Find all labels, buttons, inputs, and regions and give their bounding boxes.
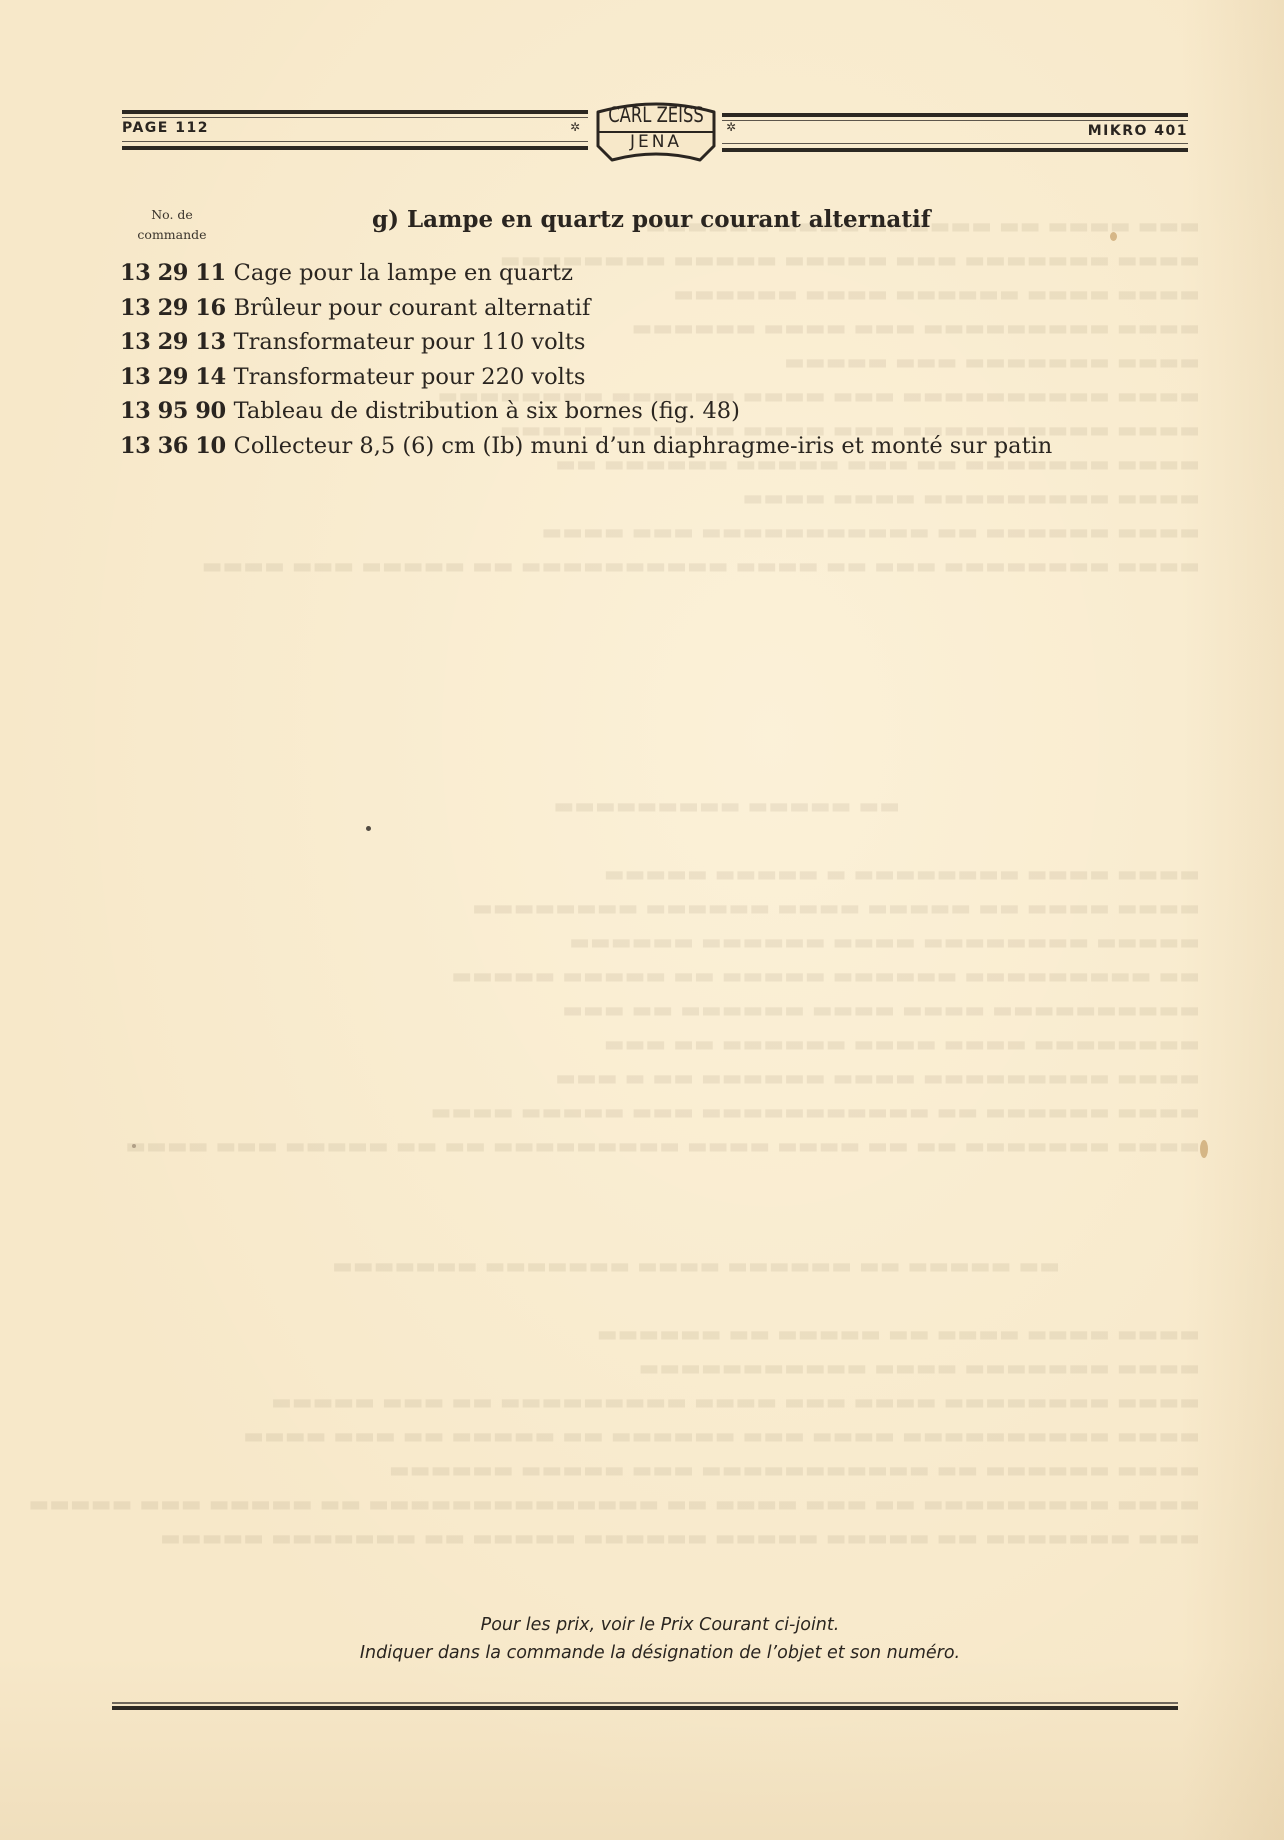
page-header: PAGE 112 MIKRO 401 ✲ ✲ CARL ZEISS JENA xyxy=(122,108,1188,158)
header-rule xyxy=(122,141,588,142)
catalog-item: 13 29 16Brûleur pour courant alternatif xyxy=(120,291,1052,326)
foxing-spot xyxy=(1200,1140,1208,1158)
header-rule xyxy=(722,143,1188,144)
header-rule xyxy=(722,120,1188,121)
item-description: Cage pour la lampe en quartz xyxy=(234,256,573,291)
order-number: 13 36 10 xyxy=(120,429,226,464)
item-description: Transformateur pour 220 volts xyxy=(234,360,586,395)
section-title: g) Lampe en quartz pour courant alternat… xyxy=(372,206,931,233)
column-header-line: commande xyxy=(124,225,220,245)
foxing-spot xyxy=(1110,232,1117,241)
section-code: MIKRO 401 xyxy=(1088,123,1188,139)
catalog-item: 13 29 11Cage pour la lampe en quartz xyxy=(120,256,1052,291)
item-description: Transformateur pour 110 volts xyxy=(234,325,586,360)
column-header-line: No. de xyxy=(124,205,220,225)
order-number: 13 29 14 xyxy=(120,360,226,395)
footer-rule xyxy=(112,1702,1178,1704)
item-description: Collecteur 8,5 (6) cm (Ib) muni d’un dia… xyxy=(234,429,1053,464)
ink-dot xyxy=(132,1144,136,1148)
page-number: PAGE 112 xyxy=(122,120,209,136)
catalog-item-list: 13 29 11Cage pour la lampe en quartz 13 … xyxy=(120,256,1052,463)
footer-price-note: Pour les prix, voir le Prix Courant ci-j… xyxy=(18,1611,1284,1639)
order-number-column-header: No. de commande xyxy=(124,205,220,245)
footer-order-note: Indiquer dans la commande la désignation… xyxy=(18,1639,1284,1667)
catalog-item: 13 95 90Tableau de distribution à six bo… xyxy=(120,394,1052,429)
order-number: 13 29 11 xyxy=(120,256,226,291)
header-rule xyxy=(722,113,1188,117)
header-rule xyxy=(122,117,588,118)
catalog-item: 13 29 13Transformateur pour 110 volts xyxy=(120,325,1052,360)
order-number: 13 95 90 xyxy=(120,394,226,429)
footer-rule xyxy=(112,1706,1178,1710)
item-description: Tableau de distribution à six bornes (fi… xyxy=(234,394,740,429)
logo-top-text: CARL ZEISS xyxy=(606,103,706,127)
star-ornament-icon: ✲ xyxy=(726,120,736,134)
item-description: Brûleur pour courant alternatif xyxy=(234,291,591,326)
header-rule xyxy=(122,146,588,150)
header-rule xyxy=(722,148,1188,152)
carl-zeiss-logo: CARL ZEISS JENA xyxy=(592,98,720,166)
bleed-through-text: ▬▬ ▬▬▬▬▬ ▬▬▬▬▬▬▬▬▬ ▬▬▬▬ ▬▬▬▬ ▬▬▬▬▬▬▬▬ ▬ … xyxy=(260,790,1200,1164)
star-ornament-icon: ✲ xyxy=(570,120,580,134)
order-number: 13 29 13 xyxy=(120,325,226,360)
bleed-through-text: ▬▬ ▬▬▬▬▬ ▬▬ ▬▬▬▬▬▬ ▬▬▬▬ ▬▬▬▬▬▬▬ ▬▬▬▬▬▬▬ … xyxy=(260,1250,1200,1556)
header-rule xyxy=(122,110,588,114)
catalog-item: 13 29 14Transformateur pour 220 volts xyxy=(120,360,1052,395)
catalog-item: 13 36 10Collecteur 8,5 (6) cm (Ib) muni … xyxy=(120,429,1052,464)
logo-bottom-text: JENA xyxy=(592,132,720,152)
ink-dot xyxy=(366,826,371,831)
order-number: 13 29 16 xyxy=(120,291,226,326)
